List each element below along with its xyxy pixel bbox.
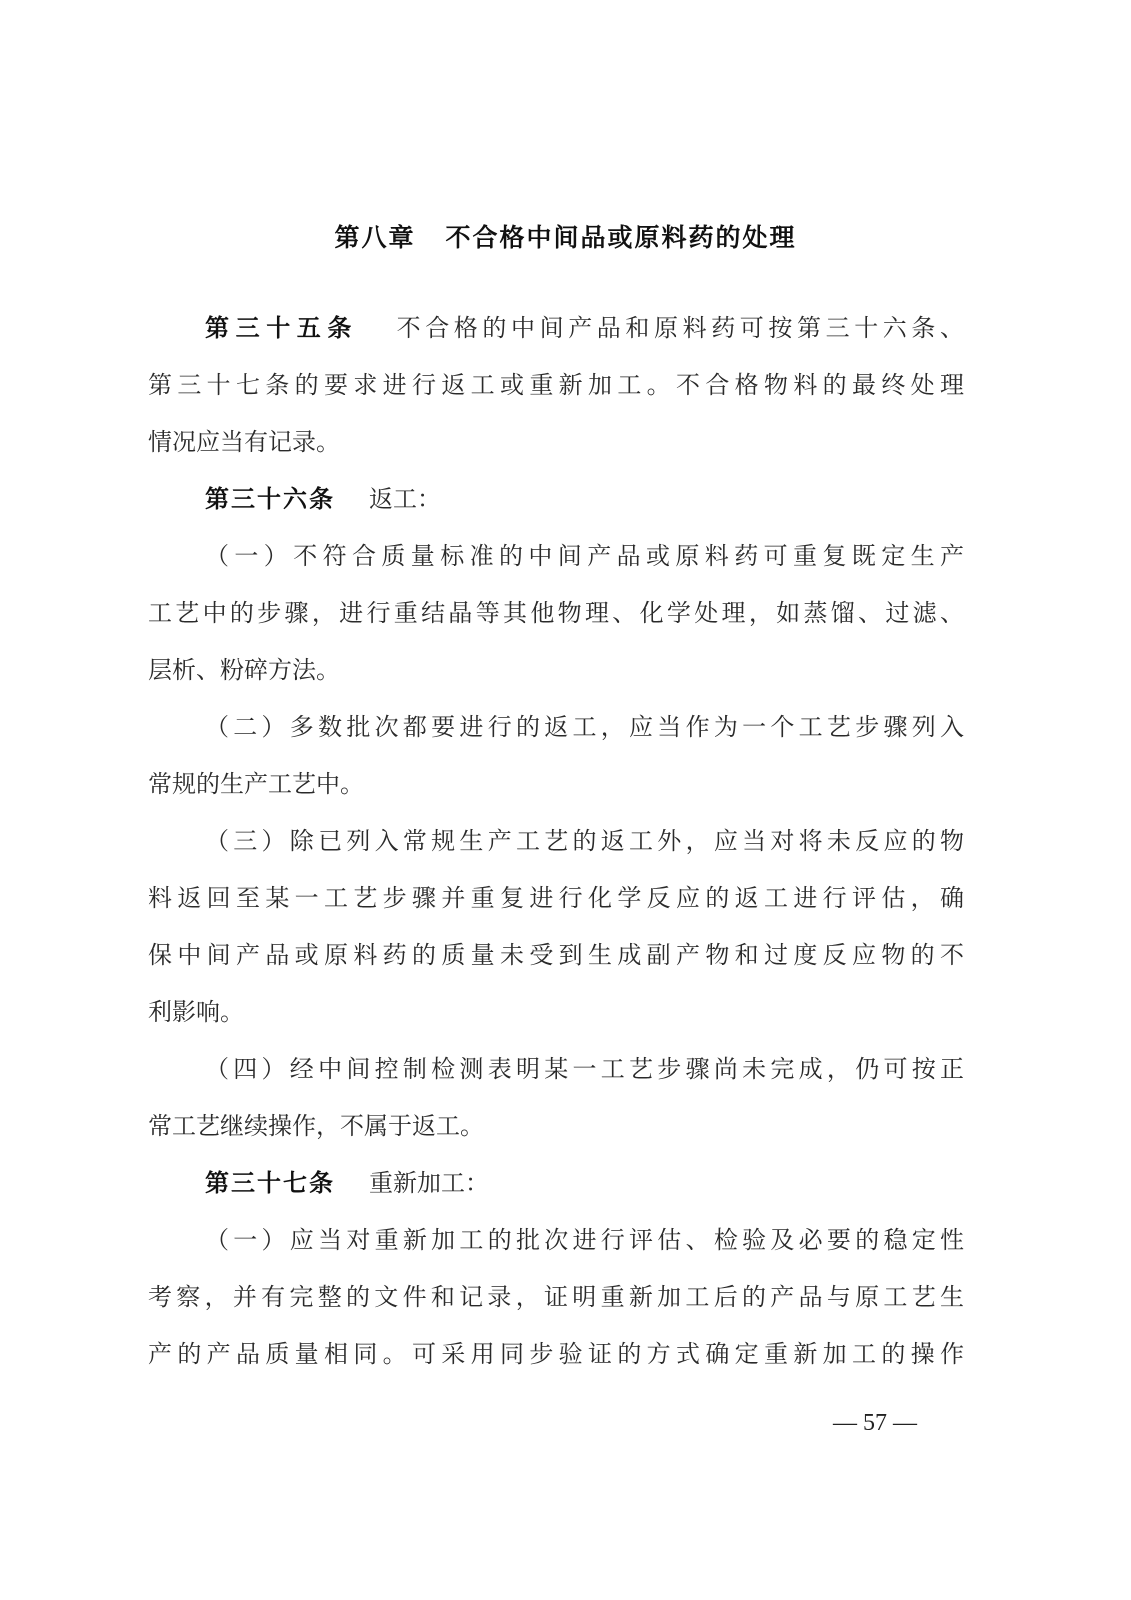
article-36-item-2-line-1: （二）多数批次都要进行的返工，应当作为一个工艺步骤列入 [205, 712, 964, 742]
article-36-item-3-line-4: 利影响。 [148, 997, 964, 1027]
page-number: — 57 — [833, 1410, 917, 1437]
article-35-line-3: 情况应当有记录。 [148, 427, 964, 457]
chapter-label: 第八章 [334, 223, 415, 252]
article-36-item-3-line-2: 料返回至某一工艺步骤并重复进行化学反应的返工进行评估，确 [148, 883, 964, 913]
article-37-heading: 第三十七条重新加工： [205, 1168, 964, 1198]
article-37-item-1-line-2: 考察，并有完整的文件和记录，证明重新加工后的产品与原工艺生 [148, 1282, 964, 1312]
article-35-line-2: 第三十七条的要求进行返工或重新加工。不合格物料的最终处理 [148, 370, 964, 400]
document-page: 第八章不合格中间品或原料药的处理 第三十五条不合格的中间产品和原料药可按第三十六… [0, 0, 1131, 1600]
chapter-heading: 第八章不合格中间品或原料药的处理 [0, 218, 1131, 254]
article-36-item-2-line-2: 常规的生产工艺中。 [148, 769, 964, 799]
chapter-title: 不合格中间品或原料药的处理 [446, 223, 797, 252]
article-36-item-3-line-1: （三）除已列入常规生产工艺的返工外，应当对将未反应的物 [205, 826, 964, 856]
article-36-item-4-line-2: 常工艺继续操作，不属于返工。 [148, 1111, 964, 1141]
article-35-line-1: 第三十五条不合格的中间产品和原料药可按第三十六条、 [205, 313, 964, 343]
article-36-item-1-line-3: 层析、粉碎方法。 [148, 655, 964, 685]
article-36-item-4-line-1: （四）经中间控制检测表明某一工艺步骤尚未完成，仍可按正 [205, 1054, 964, 1084]
article-36-item-1-line-1: （一）不符合质量标准的中间产品或原料药可重复既定生产 [205, 541, 964, 571]
article-36-item-1-line-2: 工艺中的步骤，进行重结晶等其他物理、化学处理，如蒸馏、过滤、 [148, 598, 964, 628]
article-number: 第三十七条 [205, 1169, 335, 1197]
article-text: 不合格的中间产品和原料药可按第三十六条、 [392, 314, 964, 342]
article-number: 第三十五条 [205, 314, 358, 342]
article-37-item-1-line-1: （一）应当对重新加工的批次进行评估、检验及必要的稳定性 [205, 1225, 964, 1255]
article-36-heading: 第三十六条返工： [205, 484, 964, 514]
article-number: 第三十六条 [205, 485, 335, 513]
article-36-item-3-line-3: 保中间产品或原料药的质量未受到生成副产物和过度反应物的不 [148, 940, 964, 970]
article-text: 重新加工： [369, 1169, 489, 1197]
article-37-item-1-line-3: 产的产品质量相同。可采用同步验证的方式确定重新加工的操作 [148, 1339, 964, 1369]
article-text: 返工： [369, 485, 441, 513]
